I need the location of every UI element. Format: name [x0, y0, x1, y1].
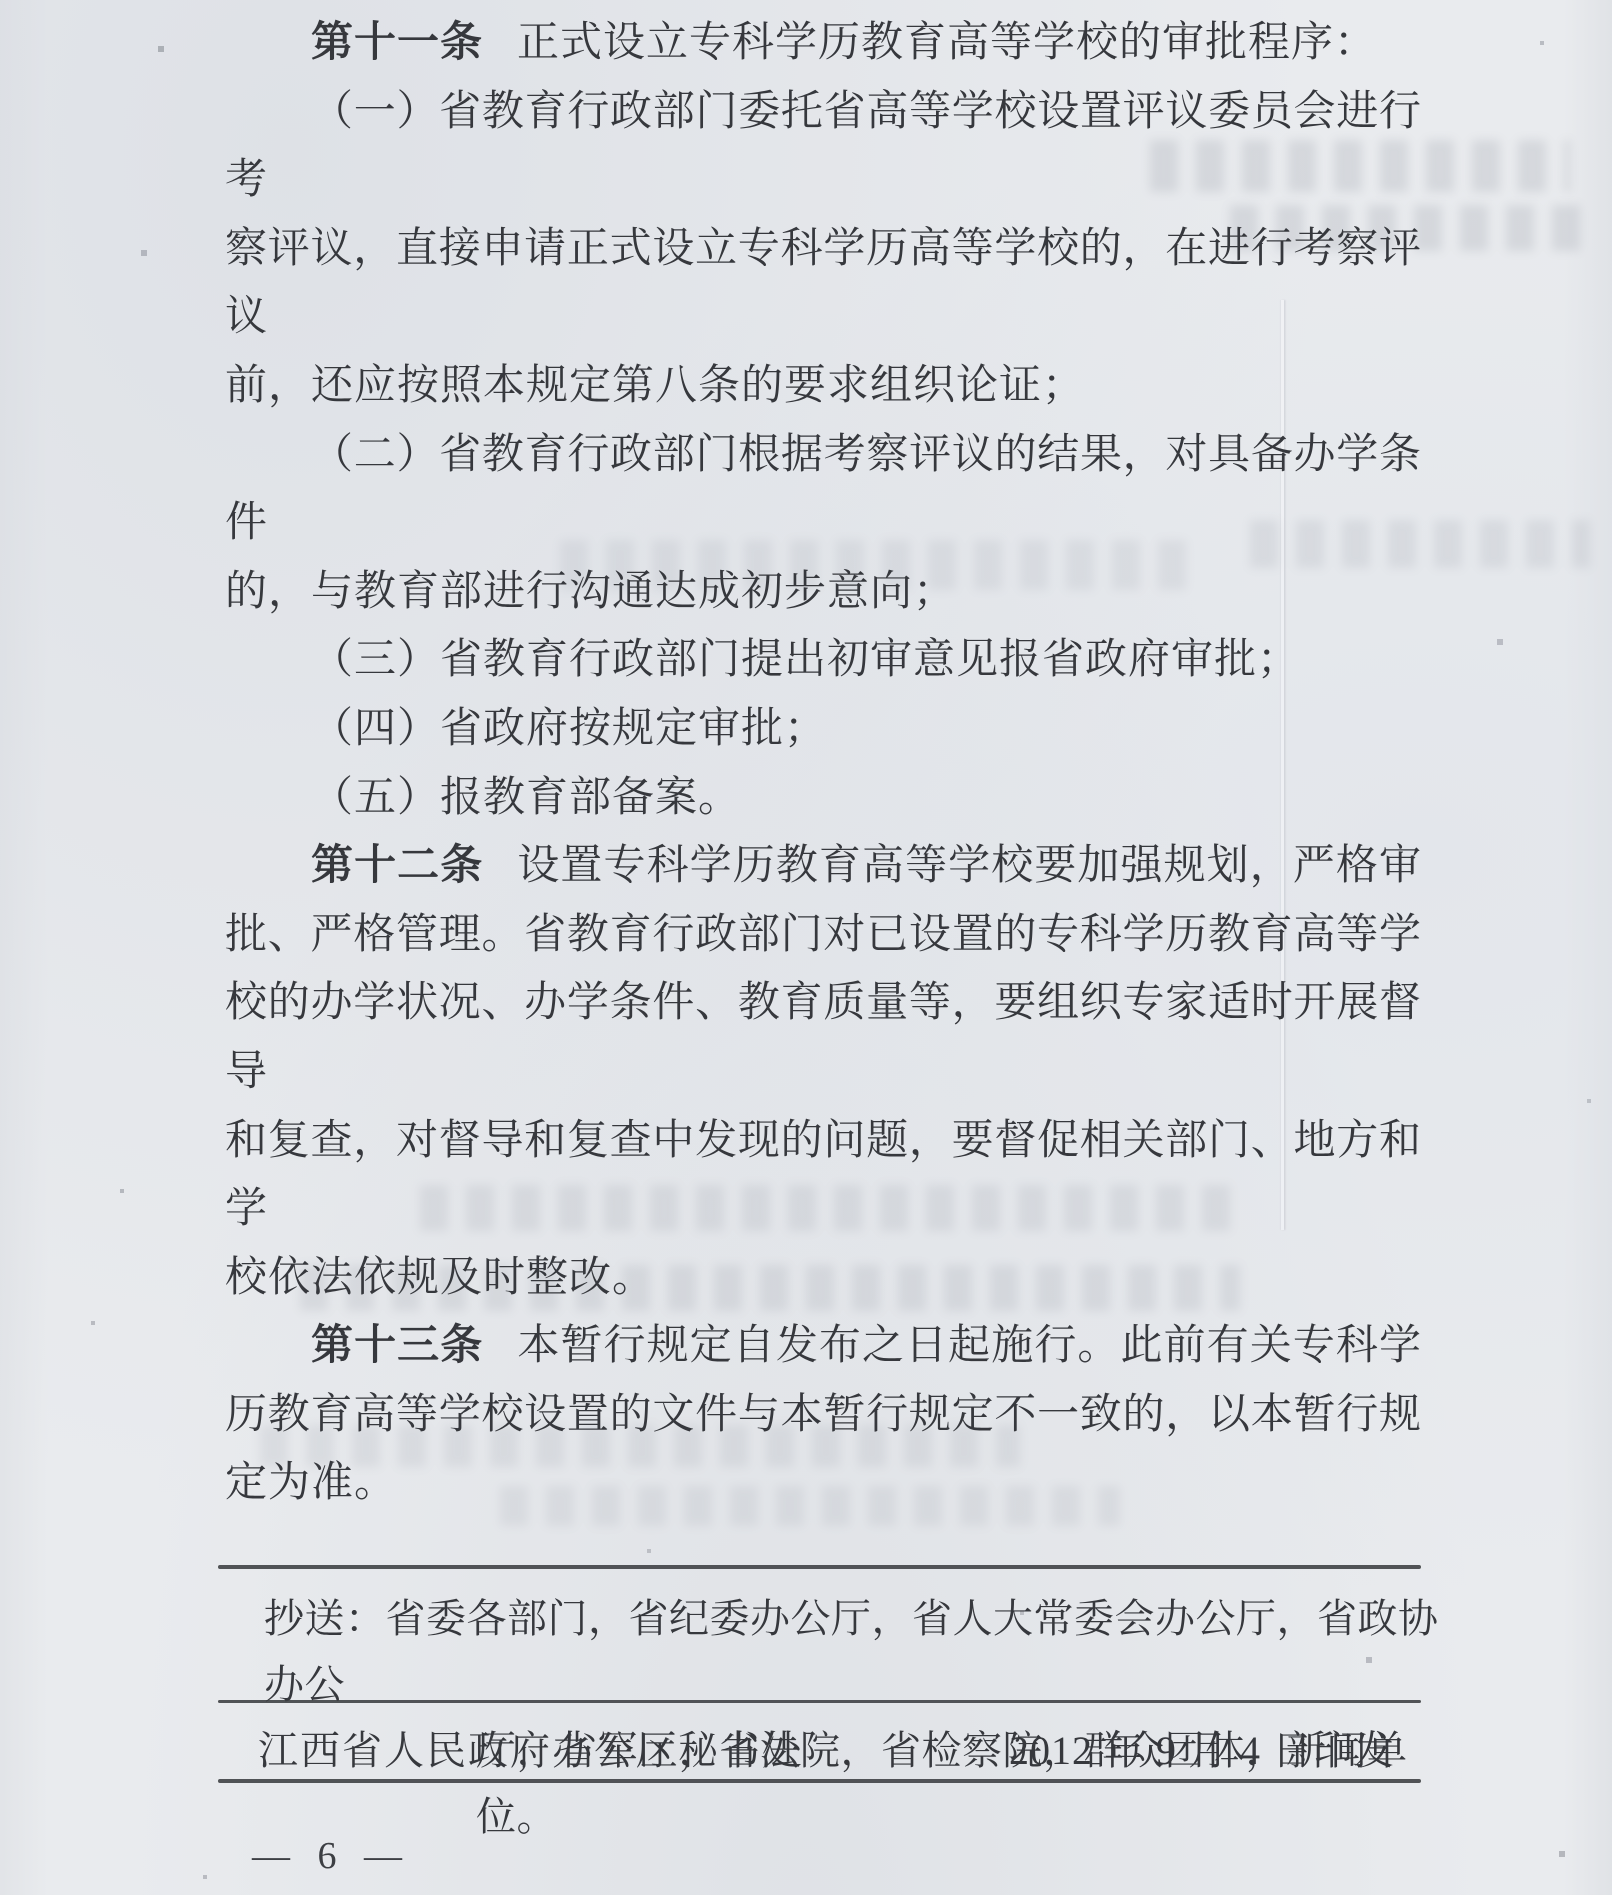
page-number: — 6 — [252, 1834, 411, 1878]
text-line: （一）省教育行政部门委托省高等学校设置评议委员会进行考 [225, 78, 1421, 215]
text-line: 察评议，直接申请正式设立专科学历高等学校的，在进行考察评议 [225, 215, 1421, 352]
text-line: 校的办学状况、办学条件、教育质量等，要组织专家适时开展督导 [225, 969, 1421, 1106]
text-line: 定为准。 [225, 1449, 1421, 1518]
line-text: 本暂行规定自发布之日起施行。此前有关专科学 [517, 1323, 1421, 1369]
text-line: 的，与教育部进行沟通达成初步意向； [225, 558, 1421, 627]
footer-divider-middle [218, 1700, 1421, 1703]
footer-divider-bottom [218, 1779, 1421, 1783]
copy-to-block: 抄送：省委各部门，省纪委办公厅，省人大常委会办公厅，省政协办公 厅，省军区，省法… [264, 1586, 1444, 1850]
print-date: 2012 年 9 月 4 日印发 [1009, 1722, 1395, 1780]
document-body: 第十一条正式设立专科学历教育高等学校的审批程序： （一）省教育行政部门委托省高等… [225, 9, 1421, 1518]
article-number: 第十三条 [311, 1323, 483, 1369]
line-text: 正式设立专科学历教育高等学校的审批程序： [517, 20, 1377, 66]
article-number: 第十二条 [311, 843, 483, 889]
copy-to-line-1: 抄送：省委各部门，省纪委办公厅，省人大常委会办公厅，省政协办公 [264, 1586, 1444, 1718]
text-line: 批、严格管理。省教育行政部门对已设置的专科学历教育高等学 [225, 901, 1421, 970]
scanned-document-page: { "colors": { "paper": "#e9ebee", "ink":… [0, 0, 1612, 1895]
text-line: 前，还应按照本规定第八条的要求组织论证； [225, 352, 1421, 421]
text-line-article-12: 第十二条设置专科学历教育高等学校要加强规划，严格审 [225, 832, 1421, 901]
text-line: 历教育高等学校设置的文件与本暂行规定不一致的，以本暂行规 [225, 1381, 1421, 1450]
text-line: 校依法依规及时整改。 [225, 1244, 1421, 1313]
text-line-article-13: 第十三条本暂行规定自发布之日起施行。此前有关专科学 [225, 1312, 1421, 1381]
scan-noise-specks [0, 0, 2, 2]
copy-to-recipients: 省委各部门，省纪委办公厅，省人大常委会办公厅，省政协办公 [264, 1596, 1439, 1707]
text-line: （三）省教育行政部门提出初审意见报省政府审批； [225, 626, 1421, 695]
article-number: 第十一条 [311, 20, 483, 66]
text-line: （五）报教育部备案。 [225, 764, 1421, 833]
footer-divider-top [218, 1565, 1421, 1569]
text-line-article-11: 第十一条正式设立专科学历教育高等学校的审批程序： [225, 9, 1421, 78]
copy-to-label: 抄送： [264, 1596, 386, 1641]
text-line: （二）省教育行政部门根据考察评议的结果，对具备办学条件 [225, 421, 1421, 558]
line-text: 设置专科学历教育高等学校要加强规划，严格审 [517, 843, 1421, 889]
imprint-row: 江西省人民政府办公厅秘书处 2012 年 9 月 4 日印发 [0, 1722, 1612, 1780]
text-line: 和复查，对督导和复查中发现的问题，要督促相关部门、地方和学 [225, 1107, 1421, 1244]
issuing-office: 江西省人民政府办公厅秘书处 [258, 1722, 804, 1780]
text-line: （四）省政府按规定审批； [225, 695, 1421, 764]
